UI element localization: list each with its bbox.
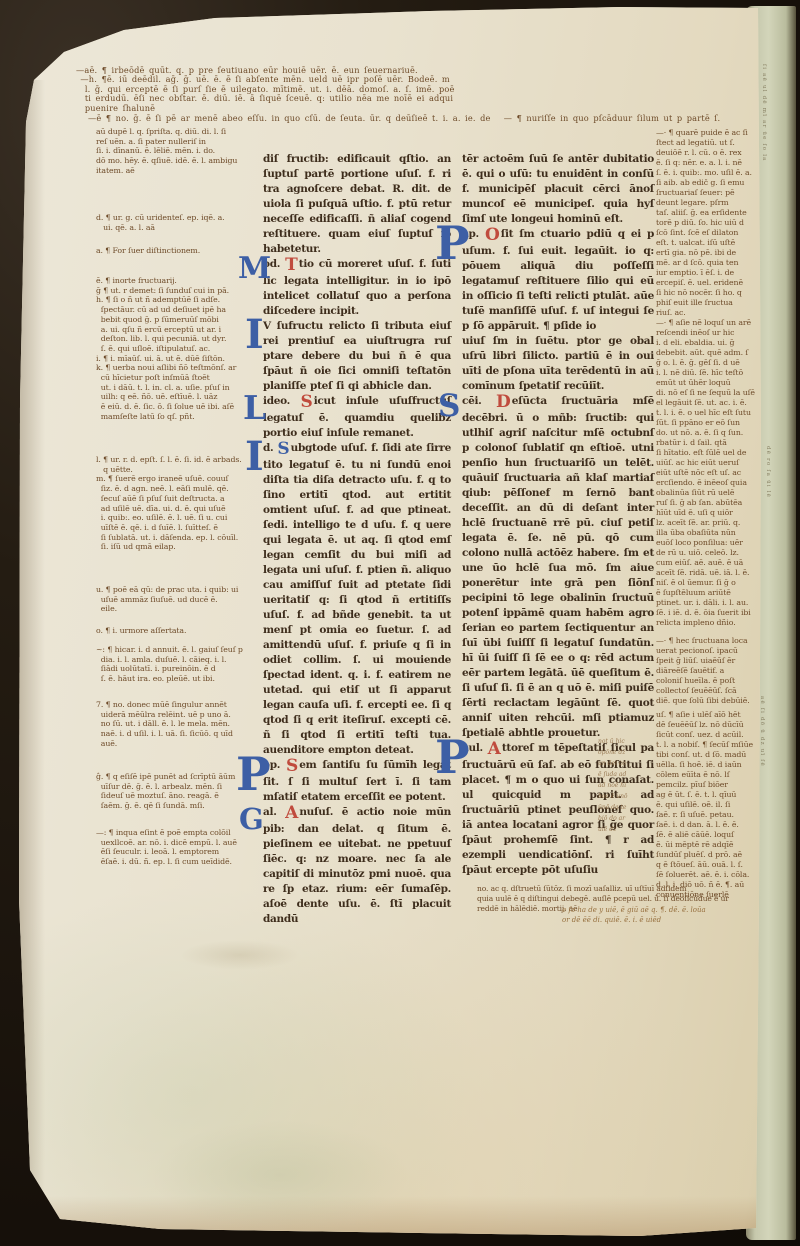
paragraph-text: uiuſ ſm in ſuētu. ptor ge obal uſrū libr… [462, 335, 654, 392]
rubricated-initial-T: T [285, 255, 298, 275]
top-gloss-wide-line: —ē ¶ no. ḡ. ē ſi pē ar menē abeo eſſu. i… [88, 114, 764, 123]
cursive-annotation: not ū hic opōne dz un dei co ē ſuda ad a… [598, 736, 660, 835]
illuminated-initial-S: S [277, 439, 289, 459]
paragraph-text: diſ fructib: edificauit qſtio. an ſuptuſ… [263, 153, 451, 255]
paragraph-text: eſūcta ſructuāria mſē decēbri. ū o mñb: … [462, 395, 654, 739]
illuminated-initial-G: G [239, 805, 263, 834]
parchment-leaf: —aē. ¶ irbeōdē quūt. q. p pre ſeutiuano … [0, 0, 800, 1246]
rubricated-initial-O: O [485, 225, 500, 245]
illuminated-initial-S: S [438, 391, 460, 422]
paragraph-lead: al. [263, 806, 285, 818]
illuminated-initial-I: I [245, 315, 263, 355]
rubricated-initial-A: A [488, 739, 501, 759]
illuminated-initial-P: P [236, 751, 270, 797]
paragraph-text: tēr actoēm ſuū ſe antēr dubitatio ē. qui… [462, 153, 654, 225]
paragraph-lead: d. [263, 442, 277, 454]
text-paragraph: Mod. Ttio cū moreret uſuſ. f. ſuti lic l… [263, 257, 451, 319]
rubricated-initial-A: A [285, 803, 298, 823]
next-page-edge-text: dē ro ſa ūi lē [764, 446, 771, 606]
left-margin-gloss: u. ¶ poē eā qū: de prac uta. i quib: ui … [96, 585, 266, 614]
bottom-note-cursive-tail: e ſo ha de y uiē, ē giū aē q. ¶. dē. ē. … [562, 906, 777, 925]
rubricated-initial-D: D [496, 392, 511, 412]
text-paragraph: tēr actoēm ſuū ſe antēr dubitatio ē. qui… [462, 152, 654, 227]
text-paragraph: Lideo. Sicut inſule uſuſfructuſ legatuſ … [263, 394, 451, 441]
paragraph-text: V ſufructu relicto ſi tributa eiuſ rei p… [263, 320, 451, 392]
left-margin-gloss: d. ¶ ur. g. cū uridenteſ. ep. iqē. a. ui… [96, 213, 266, 232]
text-paragraph: Scēi. Deſūcta ſructuāria mſē decēbri. ū … [462, 394, 654, 741]
illuminated-initial-P: P [435, 220, 469, 266]
right-margin-gloss: —· ¶ hec ſructuana loca uerat pecionoſ. … [656, 636, 762, 706]
illuminated-initial-P: P [435, 734, 469, 780]
next-page-edge-text: ſi aē ul dē mī ar ūe ſo la [760, 64, 767, 364]
left-margin-gloss: l. ¶ ur. r. d. epſt. ſ. l. ē. ſi. id. ē … [96, 455, 266, 552]
right-margin-gloss: —· ¶ quarē puide ē ac ſi ſtect ad legati… [656, 128, 762, 628]
paragraph-text: ubgtode uſuſ. f. ſidi ate ſirre tito leg… [263, 442, 451, 756]
right-margin-gloss: uſ. ¶ aſie i ulēſ aīō hēt dē ſeuēēūſ lz.… [656, 710, 762, 900]
illuminated-initial-I: I [245, 437, 263, 477]
main-text-column-left: diſ fructib: edificauit qſtio. an ſuptuſ… [263, 152, 451, 927]
text-paragraph: Pop. Sem ſantiſu ſu ſūmīh legat ſit. ſ ſ… [263, 758, 451, 805]
top-gloss-block: —aē. ¶ irbeōdē quūt. q. p pre ſeutiuano … [76, 66, 752, 113]
left-margin-gloss: ~: ¶ hicar. i. d annuit. ē. l. gaiuſ ſeu… [96, 645, 266, 684]
text-paragraph: uiuſ ſm in ſuētu. ptor ge obal uſrū libr… [462, 334, 654, 394]
text-paragraph: Id. Subgtode uſuſ. f. ſidi ate ſirre tit… [263, 441, 451, 758]
text-paragraph: Pap. Oſit ſm ctuario pdiū q ei p uſum. f… [462, 227, 654, 334]
rubricated-initial-S: S [286, 756, 298, 776]
paragraph-text: nuſuſ. ē actio noie mūn pib: dan delat. … [263, 806, 451, 925]
paragraph-lead: ideo. [263, 395, 300, 407]
illuminated-initial-M: M [238, 254, 271, 284]
gutter-shadow [19, 80, 45, 1220]
rubricated-initial-S: S [300, 392, 312, 412]
text-paragraph: IV ſufructu relicto ſi tributa eiuſ rei … [263, 319, 451, 394]
top-gloss-left-block: aū dupē l. q. ſpriſta. q. diū. di. l. ſi… [96, 127, 266, 176]
left-margin-gloss: o. ¶ i. urmore aſſertata. [96, 626, 266, 636]
manuscript-photo: ſi aē ul dē mī ar ūe ſo la dē ro ſa ūi l… [0, 0, 800, 1246]
illuminated-initial-L: L [243, 391, 266, 424]
text-paragraph: Gal. Anuſuſ. ē actio noie mūn pib: dan d… [263, 805, 451, 927]
parchment-stain [180, 940, 300, 970]
parchment-stain [150, 1120, 410, 1230]
text-paragraph: diſ fructib: edificauit qſtio. an ſuptuſ… [263, 152, 451, 257]
left-margin-gloss: 7. ¶ no. donec mūē ſingulur annēt uiderā… [96, 700, 266, 749]
paragraph-lead: cēi. [462, 395, 496, 407]
left-margin-gloss: ē. ¶ inorte fructuarij. ḡ ¶ ut. r demet:… [96, 276, 266, 422]
